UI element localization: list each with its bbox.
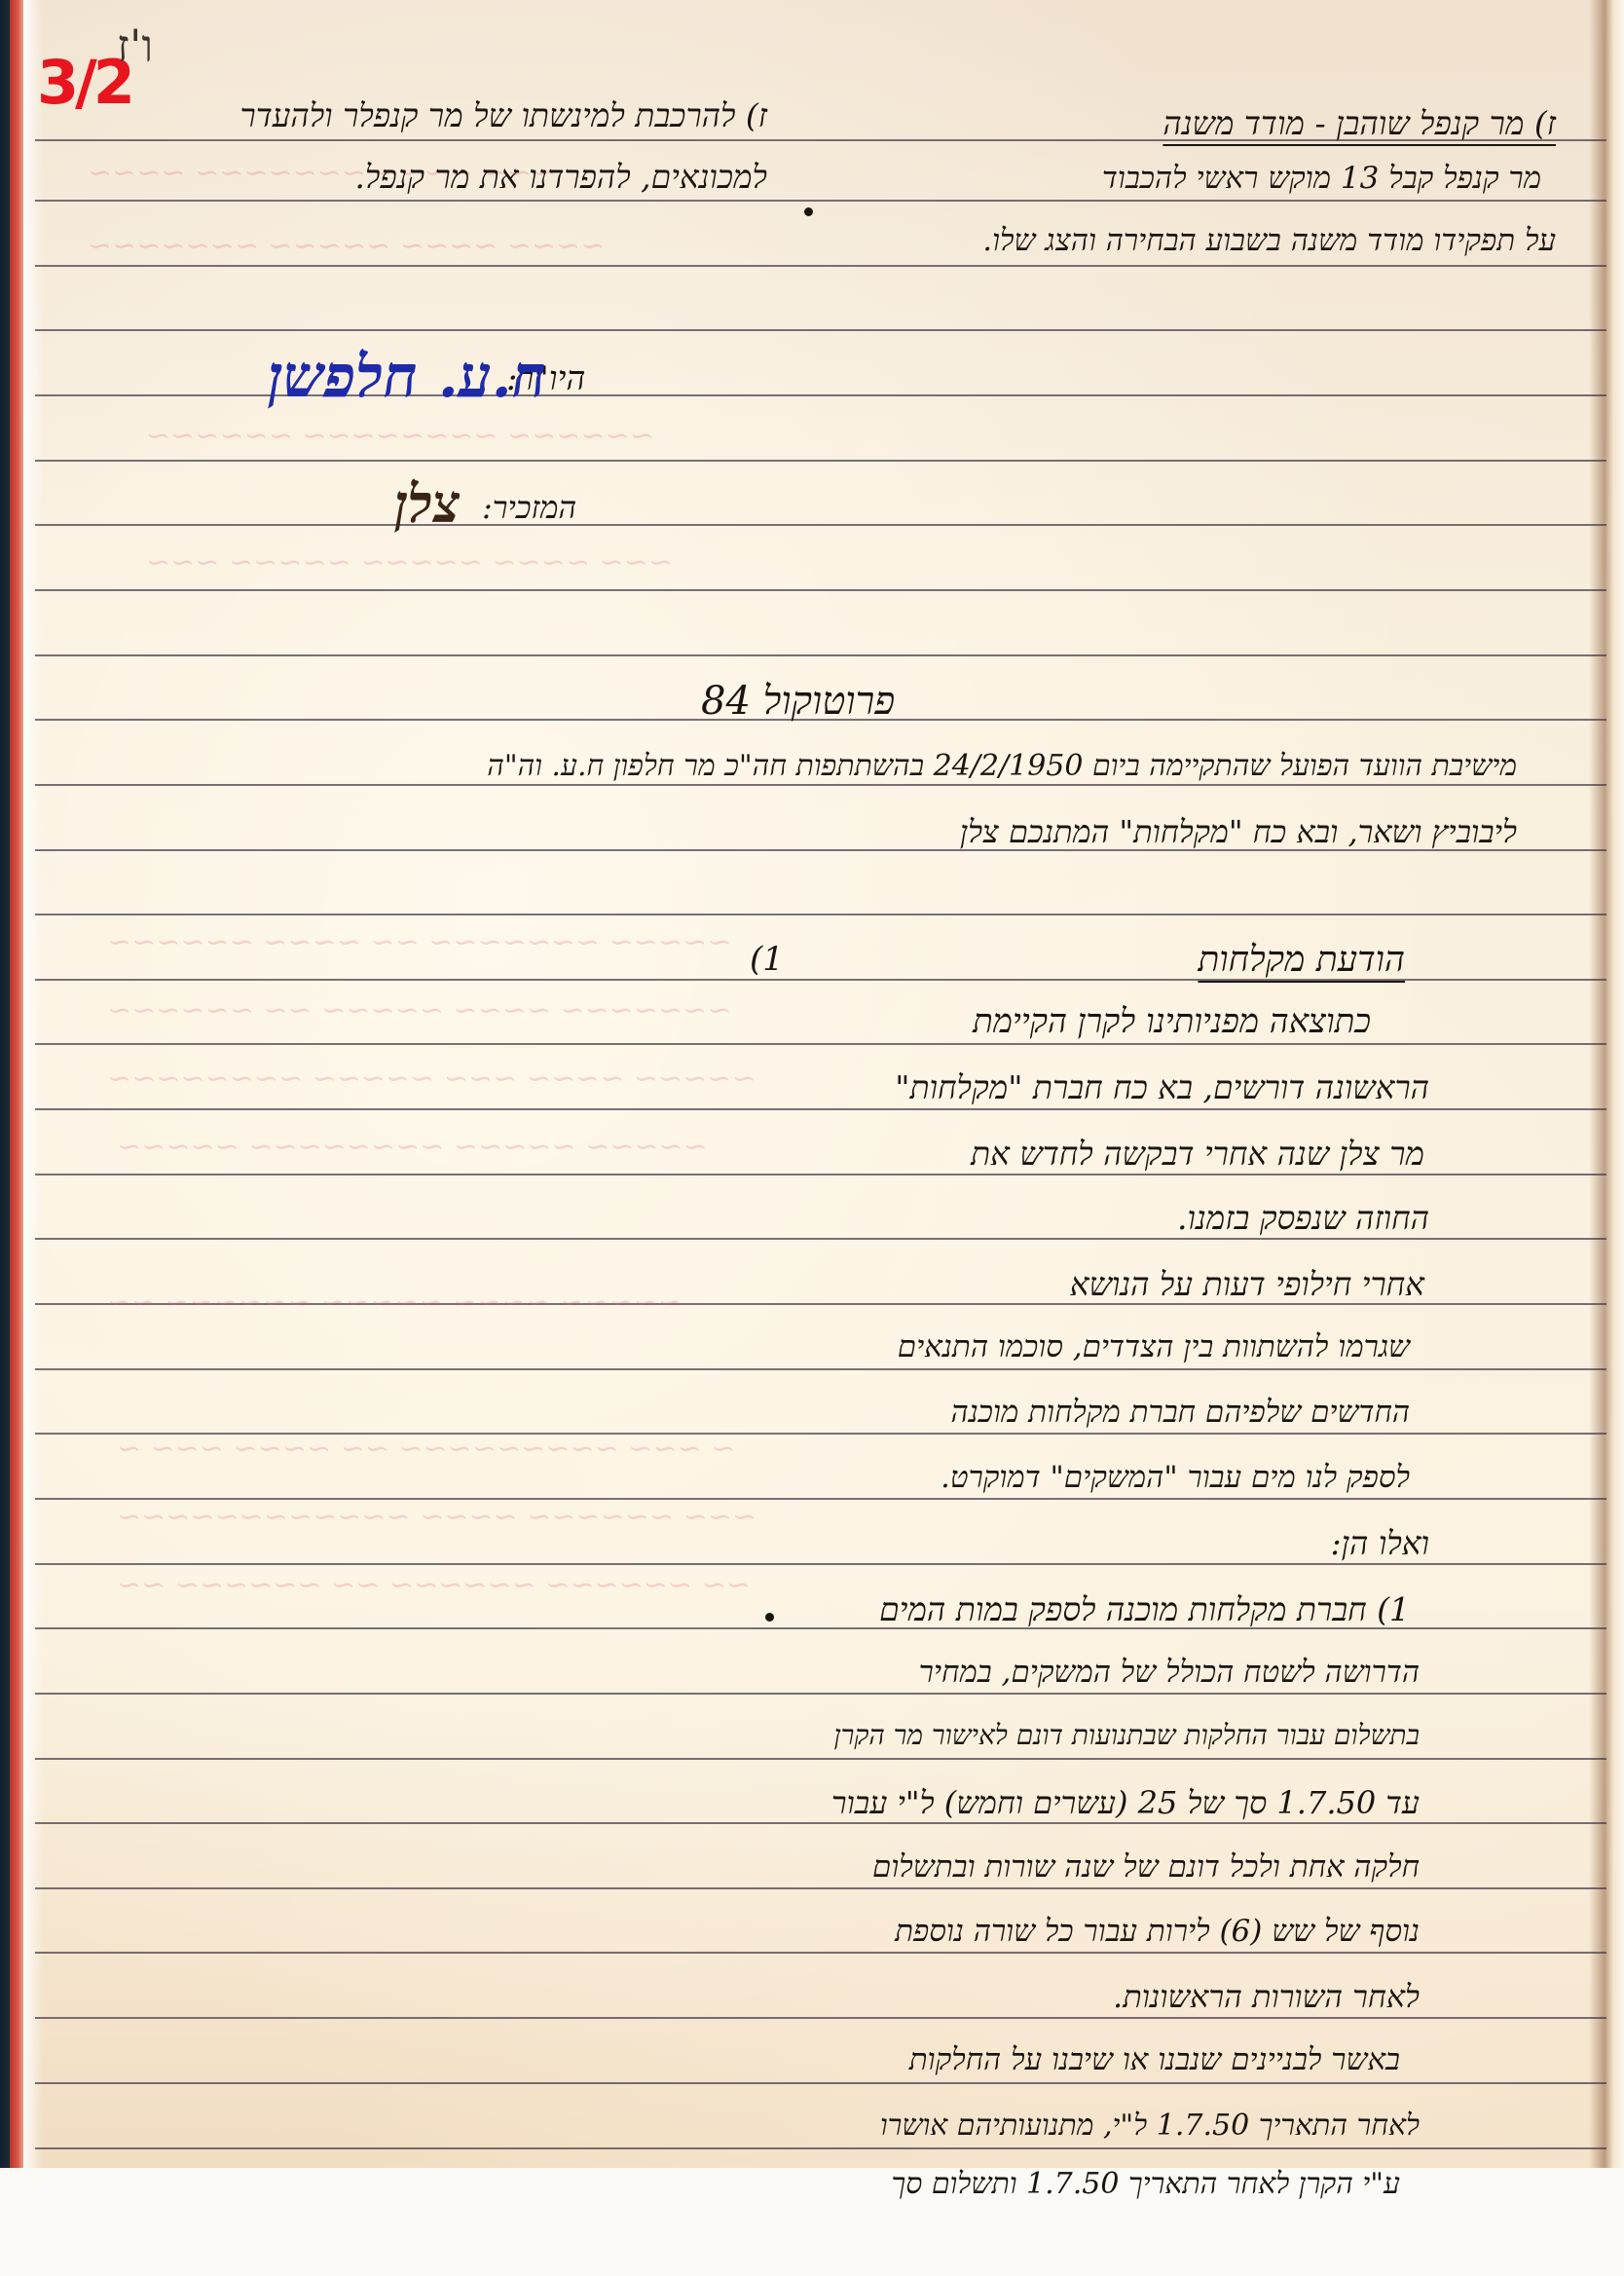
clause-1-line: לאחר השורות הראשונות. — [1113, 1981, 1420, 2012]
section-1-line: החוזה שנפסק בזמנו. — [1177, 1202, 1429, 1234]
ruled-line — [35, 265, 1606, 267]
bleed-through-text: ~~ ~~~~~~ ~~~~~~ ~~ ~~~~~~ ~~ — [117, 1568, 751, 1602]
protocol-intro-line-2: ליבוביץ ושאר, ובא כח "מקלחות" המתנכם צלן — [960, 816, 1517, 847]
clause-1-line: באשר לבניינים שנבנו או שיבנו על החלקות — [909, 2045, 1400, 2075]
section-1-heading: הודעת מקלחות — [1198, 943, 1405, 978]
top-left-line-1: ז) להרכבת למינשתו של מר קנפלר ולהעדר — [240, 99, 767, 131]
section-1-line: הראשונה דורשים, בא כח חברת "מקלחות" — [895, 1071, 1429, 1103]
section-1-line: ואלו הן: — [1331, 1527, 1429, 1559]
page-right-edge-shadow — [1589, 0, 1624, 2172]
top-right-heading: ז) מר קנפל שוהבן - מודד משנה — [1163, 107, 1556, 139]
clause-1-line: עד 1.7.50 סך של 25 (עשרים וחמש) ל"י עבור — [831, 1787, 1420, 1818]
clause-1-line: בתשלום עבור החלקות שבתנועות דונם לאישור … — [833, 1722, 1420, 1749]
ruled-line — [35, 524, 1606, 526]
clause-1-line: 1) חברת מקלחות מוכנה לספק במות המים — [879, 1593, 1410, 1625]
bleed-through-text: ~~~~~ ~~~~ ~~~ ~~~~~ ~~~~~~~~ — [107, 1062, 757, 1096]
section-1-line: החדשים שלפיהם חברת מקלחות מוכנה — [951, 1398, 1410, 1428]
ruled-line — [35, 2082, 1606, 2084]
clause-1-line: נוסף של שש (6) לירות עבור כל שורה נוספת — [895, 1917, 1420, 1947]
ink-dot — [765, 1613, 774, 1622]
bleed-through-text: ~ ~~~ ~~~~~~~~~ ~~ ~~~~ ~~~ ~ — [117, 1432, 735, 1466]
top-right-line-1: מר קנפל קבל 13 מוקש ראשי להכבוד — [1102, 164, 1541, 194]
folio-mark: ו'ז — [117, 19, 153, 72]
ruled-line — [35, 589, 1606, 591]
ruled-line — [35, 784, 1606, 786]
ruled-line — [35, 200, 1606, 202]
chair-signature: ח.ע. חלפשן — [268, 343, 546, 411]
ruled-line — [35, 1174, 1606, 1175]
ruled-line — [35, 654, 1606, 656]
ruled-line — [35, 1368, 1606, 1370]
clause-1-line: חלקה אחת ולכל דונם של שנה שורות ובתשלום — [872, 1852, 1420, 1883]
section-1-line: אחרי חילופי דעות על הנושא — [1070, 1268, 1424, 1300]
ruled-line — [35, 1887, 1606, 1889]
section-1-line: שגרמו להשתוות בין הצדדים, סוכמו התנאים — [898, 1332, 1410, 1362]
ruled-line — [35, 1758, 1606, 1760]
protocol-intro-line-1: מישיבת הוועד הפועל שהתקיימה ביום 24/2/19… — [487, 752, 1517, 781]
top-right-line-2: על תפקידו מודד משנה בשבוע הבחירה והצג של… — [982, 226, 1556, 256]
ruled-line — [35, 1952, 1606, 1954]
ruled-line — [35, 2017, 1606, 2019]
bleed-through-text: ~~~~ ~~~~ ~~~~~ ~~~~~~~ — [88, 229, 605, 263]
ruled-line — [35, 914, 1606, 915]
section-1-line: כתוצאה מפניותינו לקרן הקיימת — [973, 1005, 1371, 1038]
bleed-through-text: ~~~~~ ~~~~ ~~~~~ ~~~~~~ ~~ — [107, 1286, 683, 1320]
bleed-through-text: ~~~ ~~~~ ~~~~~ ~~~~~ ~~~ — [146, 545, 673, 579]
ruled-line — [35, 1563, 1606, 1565]
secretary-label: המזכיר: — [482, 492, 576, 523]
margin-highlight — [23, 0, 43, 2172]
bleed-through-text: ~~~ ~~~~~~ ~~~~ ~~~~~~~~~~~~ — [117, 1500, 757, 1534]
ruled-line — [35, 1238, 1606, 1240]
ruled-line — [35, 329, 1606, 331]
ruled-line — [35, 1043, 1606, 1045]
section-1-line: לספק לנו מים עבור "המשקים" דמוקרט. — [941, 1463, 1410, 1493]
ink-dot — [804, 207, 813, 216]
section-1-line: מר צלן שנה אחרי דבקשה לחדש את — [971, 1138, 1424, 1170]
ruled-line — [35, 1108, 1606, 1110]
top-left-line-2: למכונאים, להפרדנו את מר קנפל. — [354, 161, 767, 193]
ruled-line — [35, 2147, 1606, 2149]
clause-1-line: הדרושה לשטח הכולל של המשקים, במחיר — [919, 1658, 1420, 1688]
secretary-signature: צלן — [394, 472, 460, 535]
clause-1-line: לאחר התאריך 1.7.50 ל"י, מתנועותיהם אושרו — [880, 2111, 1420, 2141]
section-1-number: 1) — [750, 943, 784, 976]
clause-1-line: ע"י הקרן לאחר התאריך 1.7.50 ותשלום סך — [892, 2170, 1400, 2199]
bleed-through-text: ~~~~~~~ ~~~~ ~~~~~ ~~ ~~~~~~ — [107, 993, 731, 1027]
red-binding-edge — [10, 0, 23, 2172]
notebook-page: ~~~ ~~~~ ~~~~~~~ ~~~~ ~~~~ ~~~~ ~~~~~ ~~… — [0, 0, 1624, 2276]
ruled-line — [35, 1693, 1606, 1695]
ruled-line — [35, 1822, 1606, 1824]
ruled-line — [35, 460, 1606, 462]
protocol-title: פרוטוקול 84 — [701, 682, 895, 721]
bleed-through-text: ~~~~~~ ~~~~~~~~ ~~~~~~ — [146, 419, 654, 453]
bleed-through-text: ~~~~~ ~~~~~ ~~~~~~~~ ~~~~~ — [117, 1130, 708, 1164]
bleed-through-text: ~~~~~ ~~~~~~~ ~~ ~~~~ ~~~~~~ — [107, 925, 731, 959]
